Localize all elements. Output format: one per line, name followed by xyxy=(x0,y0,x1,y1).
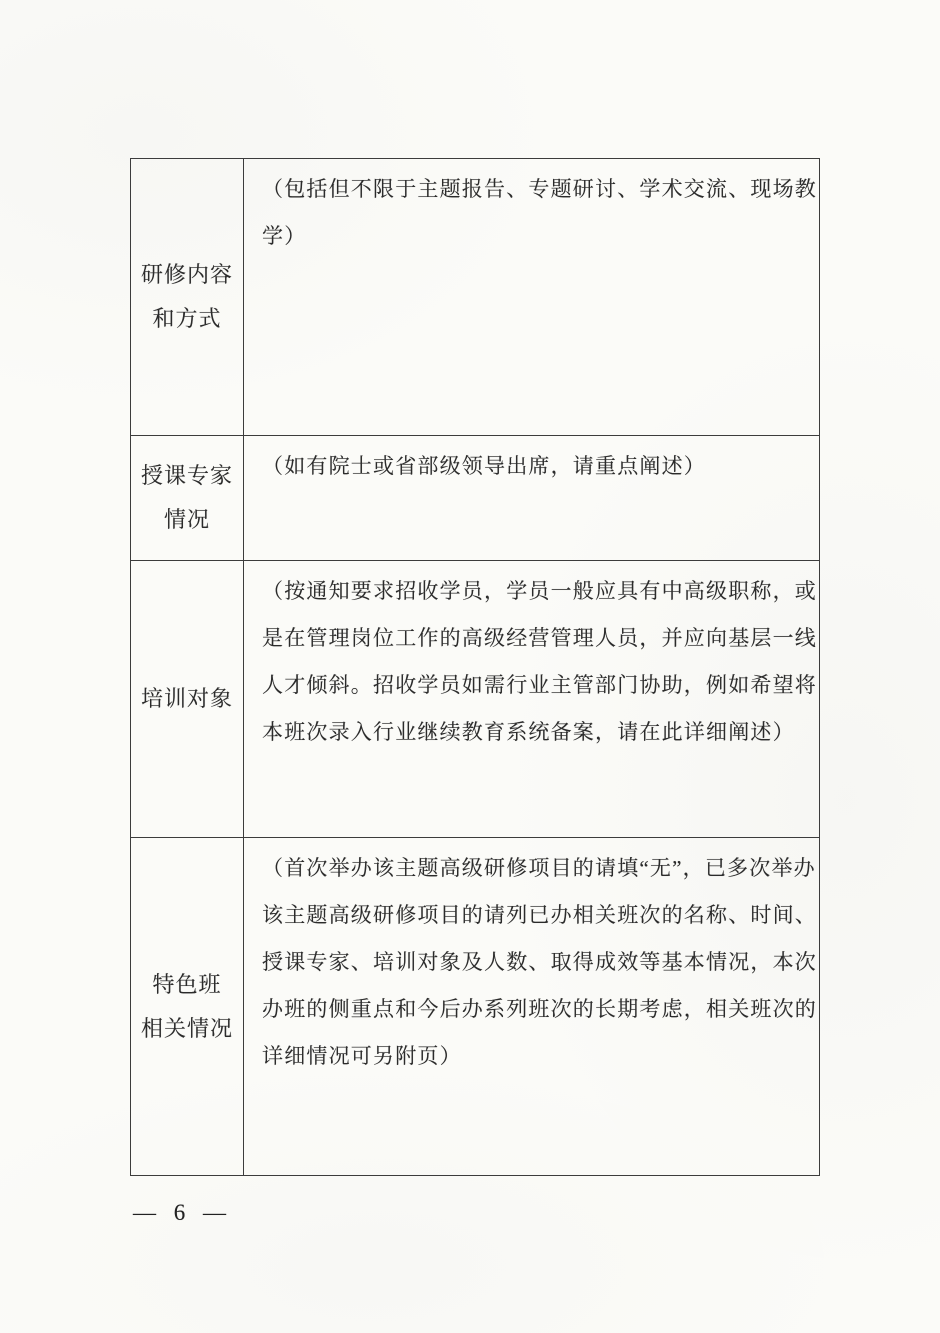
table-row-special-class-info: 特色班 相关情况 （首次举办该主题高级研修项目的请填“无”，已多次举办 该主题高… xyxy=(131,838,819,1175)
table-row-training-targets: 培训对象 （按通知要求招收学员，学员一般应具有中高级职称，或 是在管理岗位工作的… xyxy=(131,561,819,838)
content-line: 本班次录入行业继续教育系统备案，请在此详细阐述） xyxy=(262,709,809,756)
content-line: 授课专家、培训对象及人数、取得成效等基本情况，本次 xyxy=(262,939,809,986)
row-label-line: 和方式 xyxy=(152,297,221,341)
row-content-training-content: （包括但不限于主题报告、专题研讨、学术交流、现场教 学） xyxy=(244,159,819,435)
row-label-line: 情况 xyxy=(164,498,210,542)
row-content-training-targets: （按通知要求招收学员，学员一般应具有中高级职称，或 是在管理岗位工作的高级经营管… xyxy=(244,561,819,837)
content-line: 详细情况可另附页） xyxy=(262,1033,809,1080)
row-label-special-class-info: 特色班 相关情况 xyxy=(131,838,244,1175)
content-line: （如有院士或省部级领导出席，请重点阐述） xyxy=(262,443,809,490)
document-page: 研修内容 和方式 （包括但不限于主题报告、专题研讨、学术交流、现场教 学） 授课… xyxy=(0,0,940,1333)
content-line: 是在管理岗位工作的高级经营管理人员，并应向基层一线 xyxy=(262,615,809,662)
row-label-line: 研修内容 xyxy=(141,253,233,297)
content-line: （按通知要求招收学员，学员一般应具有中高级职称，或 xyxy=(262,568,809,615)
content-line: 办班的侧重点和今后办系列班次的长期考虑，相关班次的 xyxy=(262,986,809,1033)
row-content-special-class-info: （首次举办该主题高级研修项目的请填“无”，已多次举办 该主题高级研修项目的请列已… xyxy=(244,838,819,1175)
row-label-line: 相关情况 xyxy=(141,1007,233,1051)
table-row-training-content: 研修内容 和方式 （包括但不限于主题报告、专题研讨、学术交流、现场教 学） xyxy=(131,159,819,436)
content-line: 人才倾斜。招收学员如需行业主管部门协助，例如希望将 xyxy=(262,662,809,709)
row-label-training-content: 研修内容 和方式 xyxy=(131,159,244,435)
row-label-lecturing-experts: 授课专家 情况 xyxy=(131,436,244,560)
content-line: 该主题高级研修项目的请列已办相关班次的名称、时间、 xyxy=(262,892,809,939)
content-line: 学） xyxy=(262,213,809,260)
application-form-table: 研修内容 和方式 （包括但不限于主题报告、专题研讨、学术交流、现场教 学） 授课… xyxy=(130,158,820,1176)
row-label-line: 授课专家 xyxy=(141,454,233,498)
row-label-line: 特色班 xyxy=(152,963,221,1007)
row-label-line: 培训对象 xyxy=(141,677,233,721)
row-content-lecturing-experts: （如有院士或省部级领导出席，请重点阐述） xyxy=(244,436,819,560)
row-label-training-targets: 培训对象 xyxy=(131,561,244,837)
page-number: — 6 — xyxy=(133,1200,232,1226)
table-row-lecturing-experts: 授课专家 情况 （如有院士或省部级领导出席，请重点阐述） xyxy=(131,436,819,561)
content-line: （包括但不限于主题报告、专题研讨、学术交流、现场教 xyxy=(262,166,809,213)
content-line: （首次举办该主题高级研修项目的请填“无”，已多次举办 xyxy=(262,845,809,892)
